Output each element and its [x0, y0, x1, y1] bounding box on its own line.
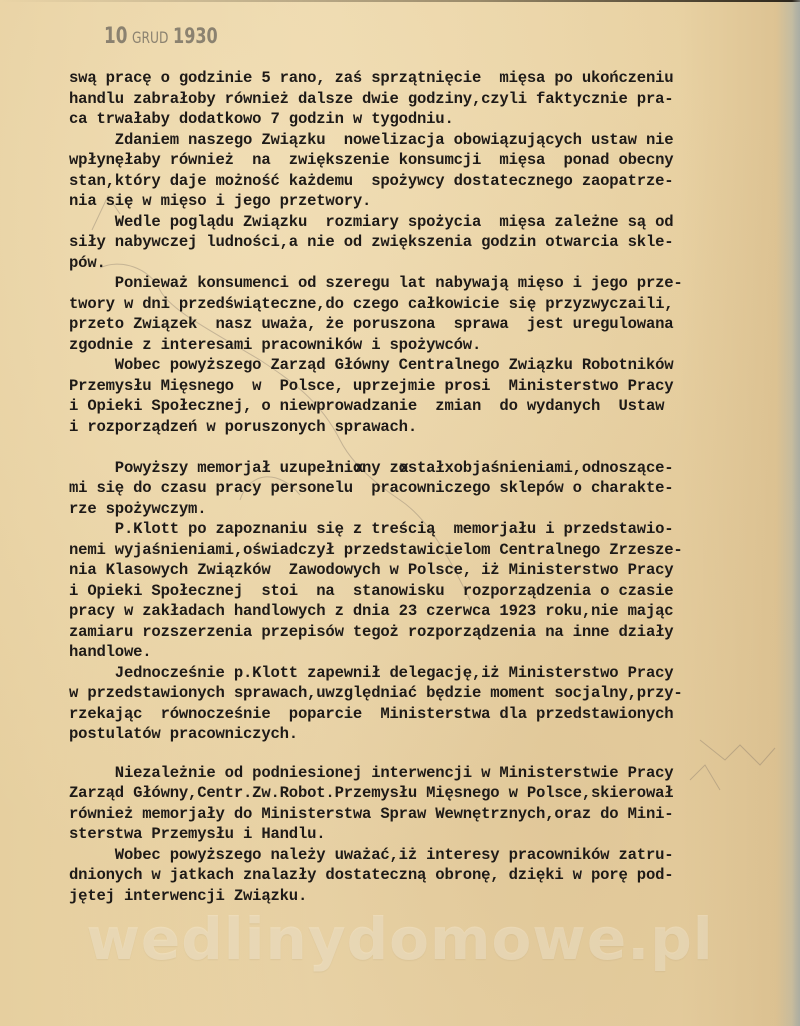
- text-line: jętej interwencji Związku.: [69, 886, 769, 907]
- paragraph-9: Niezależnie od podniesionej interwencji …: [69, 763, 769, 845]
- text-line: nia Klasowych Związków Zawodowych w Pols…: [69, 560, 769, 581]
- text-line: w przedstawionych sprawach,uwzględniać b…: [69, 683, 769, 704]
- paper-top-edge: [0, 0, 800, 2]
- paragraph-3: Wedle poglądu Związku rozmiary spożycia …: [69, 212, 769, 274]
- text-line: nemi wyjaśnieniami,oświadczył przedstawi…: [69, 540, 769, 561]
- paragraph-8: Jednocześnie p.Klott zapewnił delegację,…: [69, 663, 769, 745]
- text-line: stan,który daje możność każdemu spożywcy…: [69, 171, 769, 192]
- text-line: Powyższy memorjał uzupełniony został obj…: [69, 458, 769, 479]
- paragraph-gap: [69, 745, 769, 763]
- text-line: handlu zabrałoby również dalsze dwie god…: [69, 89, 769, 110]
- text-line: Zarząd Główny,Centr.Zw.Robot.Przemysłu M…: [69, 783, 769, 804]
- paragraph-7: P.Klott po zapoznaniu się z treścią memo…: [69, 519, 769, 663]
- text-line: Wobec powyższego Zarząd Główny Centralne…: [69, 355, 769, 376]
- text-line: Niezależnie od podniesionej interwencji …: [69, 763, 769, 784]
- text-line: handlowe.: [69, 642, 769, 663]
- text-line: Ponieważ konsumenci od szeregu lat nabyw…: [69, 273, 769, 294]
- stamp-year: 1930: [173, 24, 218, 48]
- text-line: swą pracę o godzinie 5 rano, zaś sprzątn…: [69, 68, 769, 89]
- text-line: i Opieki Społecznej stoi na stanowisku r…: [69, 581, 769, 602]
- text-line: Zdaniem naszego Związku nowelizacja obow…: [69, 130, 769, 151]
- paragraph-1: swą pracę o godzinie 5 rano, zaś sprzątn…: [69, 68, 769, 130]
- text-line: postulatów pracowniczych.: [69, 724, 769, 745]
- stamp-month: GRUD: [132, 28, 168, 47]
- text-line: zgodnie z interesami pracowników i spoży…: [69, 335, 769, 356]
- text-line: i rozporządzeń w poruszonych sprawach.: [69, 417, 769, 438]
- text-line: Jednocześnie p.Klott zapewnił delegację,…: [69, 663, 769, 684]
- date-stamp: 10 GRUD 1930: [104, 24, 218, 49]
- text-line: wpłynęłaby również na zwiększenie konsum…: [69, 150, 769, 171]
- paper-right-edge: [792, 0, 800, 1026]
- text-line: siły nabywczej ludności,a nie od zwiększ…: [69, 232, 769, 253]
- paragraph-6: Powyższy memorjał uzupełniony został obj…: [69, 458, 769, 520]
- text-line: sterstwa Przemysłu i Handlu.: [69, 824, 769, 845]
- typewritten-document: swą pracę o godzinie 5 rano, zaś sprzątn…: [69, 68, 769, 906]
- paragraph-5: Wobec powyższego Zarząd Główny Centralne…: [69, 355, 769, 437]
- paragraph-4: Ponieważ konsumenci od szeregu lat nabyw…: [69, 273, 769, 355]
- section-separator: xxx: [69, 437, 769, 458]
- text-line: również memorjały do Ministerstwa Spraw …: [69, 804, 769, 825]
- text-line: dnionych w jatkach znalazły dostateczną …: [69, 865, 769, 886]
- text-line: rze spożywczym.: [69, 499, 769, 520]
- text-line: zamiaru rozszerzenia przepisów tegoż roz…: [69, 622, 769, 643]
- text-line: pów.: [69, 253, 769, 274]
- text-line: Wobec powyższego należy uważać,iż intere…: [69, 845, 769, 866]
- text-line: twory w dni przedświąteczne,do czego cał…: [69, 294, 769, 315]
- text-line: rzekając równocześnie poparcie Ministers…: [69, 704, 769, 725]
- stamp-day: 10: [104, 24, 127, 49]
- paragraph-10: Wobec powyższego należy uważać,iż intere…: [69, 845, 769, 907]
- text-line: P.Klott po zapoznaniu się z treścią memo…: [69, 519, 769, 540]
- text-line: Wedle poglądu Związku rozmiary spożycia …: [69, 212, 769, 233]
- text-line: i Opieki Społecznej, o niewprowadzanie z…: [69, 396, 769, 417]
- text-line: pracy w zakładach handlowych z dnia 23 c…: [69, 601, 769, 622]
- text-line: mi się do czasu pracy personelu pracowni…: [69, 478, 769, 499]
- text-line: nia się w mięso i jego przetwory.: [69, 191, 769, 212]
- text-line: przeto Związek nasz uważa, że poruszona …: [69, 314, 769, 335]
- paragraph-2: Zdaniem naszego Związku nowelizacja obow…: [69, 130, 769, 212]
- watermark: wedlinydomowe.pl: [80, 905, 720, 973]
- text-line: Przemysłu Mięsnego w Polsce, uprzejmie p…: [69, 376, 769, 397]
- text-line: ca trwałaby dodatkowo 7 godzin w tygodni…: [69, 109, 769, 130]
